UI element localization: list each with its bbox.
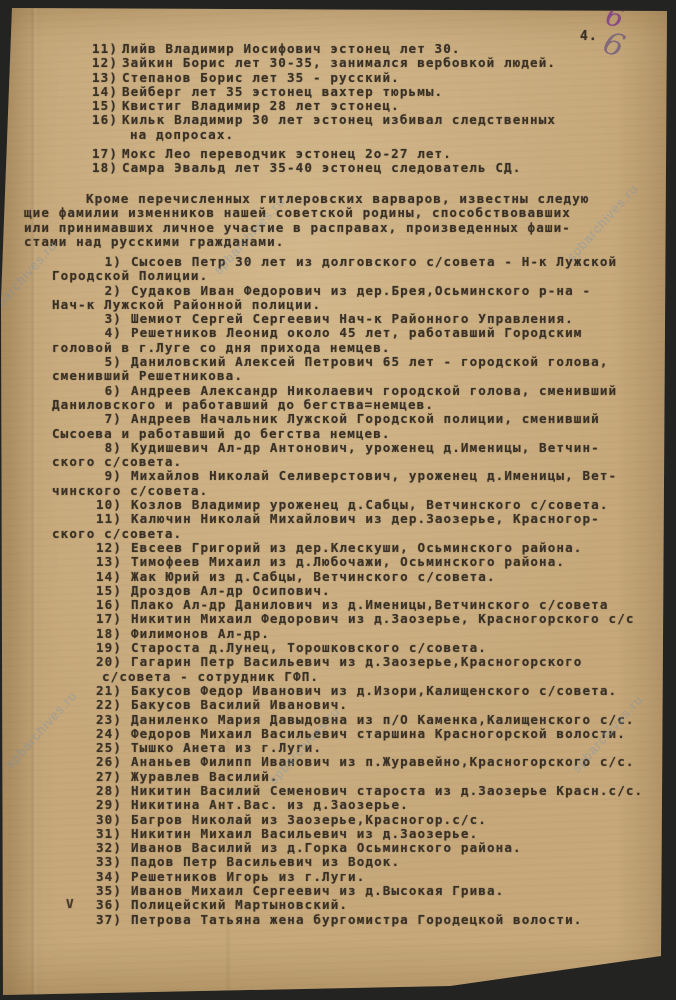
list-item-line: 24)Федоров Михаил Васильевич старшина Кр…	[52, 727, 670, 741]
list-item-line: 16)Кильк Владимир 30 лет эстонец избивал…	[92, 113, 652, 127]
list-item-number: 23)	[94, 713, 122, 727]
list-item: 35)Иванов Михаил Сергеевич из д.Высокая …	[52, 884, 670, 898]
list-item-number: 5)	[94, 355, 122, 369]
list-item-number: 17)	[94, 612, 122, 626]
paragraph-line: стами над русскими гражданами.	[24, 235, 664, 249]
list-item-number: 36)	[94, 898, 122, 912]
list-item-number: 13)	[94, 555, 122, 569]
list-item-line: на допросах.	[92, 128, 652, 142]
list-item-line: ского с/совета.	[52, 455, 670, 469]
list-item: 24)Федоров Михаил Васильевич старшина Кр…	[52, 727, 670, 741]
list-item-line: 11)Калючин Николай Михайлович из дер.Зао…	[52, 512, 670, 526]
list-item-number: 9)	[94, 469, 122, 483]
list-item: 14)Жак Юрий из д.Сабцы, Ветчинского с/со…	[52, 570, 670, 584]
list-item-number: 35)	[94, 884, 122, 898]
list-item-number: 11)	[94, 512, 122, 526]
list-item-number: 12)	[94, 541, 122, 555]
list-item: 31)Никитин Михаил Васильевич из д.Заозер…	[52, 827, 670, 841]
list-item: 19)Староста д.Лунец, Торошковского с/сов…	[52, 641, 670, 655]
list-item-line: 12)Зайкин Борис лет 30-35, занимался вер…	[92, 56, 652, 70]
list-item-number: 4)	[94, 326, 122, 340]
list-item-line: 34)Решетников Игорь из г.Луги.	[52, 870, 670, 884]
list-item-number: 28)	[94, 784, 122, 798]
list-item: 18)Филимонов Ал-др.	[52, 627, 670, 641]
list-item-line: ского с/совета.	[52, 527, 670, 541]
list-item: 23)Даниленко Мария Давыдовна из п/О Каме…	[52, 713, 670, 727]
list-item-number: 19)	[94, 641, 122, 655]
list-item-number: 12)	[92, 56, 122, 70]
list-item-line: 14)Жак Юрий из д.Сабцы, Ветчинского с/со…	[52, 570, 670, 584]
paragraph-line: щие фамилии изменников нашей советской р…	[24, 206, 664, 220]
list-item-number: 14)	[92, 85, 122, 99]
list-item-number: 31)	[94, 827, 122, 841]
list-item-number: 21)	[94, 684, 122, 698]
list-item: 17)Мокс Лео переводчик эстонец 2о-27 лет…	[92, 147, 652, 161]
paragraph-line: или принимавших личное участие в расправ…	[24, 221, 664, 235]
list-item-line: 14)Вейберг лет 35 эстонец вахтер тюрьмы.	[92, 85, 652, 99]
list-item: 13)Степанов Борис лет 35 - русский.	[92, 71, 652, 85]
list-main: 1)Сысоев Петр 30 лет из долговского с/со…	[52, 255, 670, 927]
list-item-number: 24)	[94, 727, 122, 741]
list-item-line: 37)Петрова Татьяна жена бургомистра Горо…	[52, 913, 670, 927]
list-item-number: 10)	[94, 498, 122, 512]
list-item-number: 6)	[94, 384, 122, 398]
list-item: 4)Решетников Леонид около 45 лет, работа…	[52, 326, 670, 355]
list-item-number: 2)	[94, 284, 122, 298]
list-item-number: 18)	[94, 627, 122, 641]
list-item-number: 1)	[94, 255, 122, 269]
list-item-line: Даниловского и работавший до бегства=нем…	[52, 398, 670, 412]
list-item-number: 11)	[92, 42, 122, 56]
list-item-line: 20)Гагарин Петр Васильевич из д.Заозерье…	[52, 655, 670, 669]
list-item-line: головой в г.Луге со дня прихода немцев.	[52, 341, 670, 355]
list-item-line: 16)Плако Ал-др Данилович из д.Именицы,Ве…	[52, 598, 670, 612]
list-item-line: 35)Иванов Михаил Сергеевич из д.Высокая …	[52, 884, 670, 898]
list-item-line: 9)Михайлов Николай Селиверстович, урожен…	[52, 469, 670, 483]
list-item-line: Сысоева и работавший до бегства немцев.	[52, 427, 670, 441]
list-item-number: 18)	[92, 161, 122, 175]
list-item: 33)Падов Петр Васильевич из Водок.	[52, 855, 670, 869]
list-item-number: 25)	[94, 741, 122, 755]
list-item-number: 32)	[94, 841, 122, 855]
list-item-line: чинского с/совета.	[52, 484, 670, 498]
list-item-number: 3)	[94, 312, 122, 326]
list-item-line: 18)Филимонов Ал-др.	[52, 627, 670, 641]
list-item-number: 8)	[94, 441, 122, 455]
list-item-number: 13)	[92, 71, 122, 85]
list-item: 16)Кильк Владимир 30 лет эстонец избивал…	[92, 113, 652, 142]
list-item-line: 7)Андреев Начальник Лужской Городской по…	[52, 412, 670, 426]
list-item-line: 32)Иванов Василий из д.Горка Осьминского…	[52, 841, 670, 855]
list-item: 17)Никитин Михаил Федорович из д.Заозерь…	[52, 612, 670, 626]
list-item: 29)Никитина Ант.Вас. из д.Заозерье.	[52, 798, 670, 812]
list-item-line: Городской Полиции.	[52, 269, 670, 283]
list-item: 9)Михайлов Николай Селиверстович, урожен…	[52, 469, 670, 498]
list-item-number: 17)	[92, 147, 122, 161]
list-item-number: 30)	[94, 813, 122, 827]
list-item: 28)Никитин Василий Семенович староста из…	[52, 784, 670, 798]
list-item-line: 29)Никитина Ант.Вас. из д.Заозерье.	[52, 798, 670, 812]
list-item: 34)Решетников Игорь из г.Луги.	[52, 870, 670, 884]
list-item-line: 8)Кудишевич Ал-др Антонович, уроженец д.…	[52, 441, 670, 455]
list-item-line: 5)Даниловский Алексей Петрович 65 лет - …	[52, 355, 670, 369]
list-item-line: 19)Староста д.Лунец, Торошковского с/сов…	[52, 641, 670, 655]
list-item: 16)Плако Ал-др Данилович из д.Именицы,Ве…	[52, 598, 670, 612]
list-item-line: 13)Степанов Борис лет 35 - русский.	[92, 71, 652, 85]
list-item-line: 36)Полицейский Мартыновский.	[52, 898, 670, 912]
list-item: 6)Андреев Александр Николаевич городской…	[52, 384, 670, 413]
list-item-line: 6)Андреев Александр Николаевич городской…	[52, 384, 670, 398]
list-item-line: 33)Падов Петр Васильевич из Водок.	[52, 855, 670, 869]
list-item-line: 31)Никитин Михаил Васильевич из д.Заозер…	[52, 827, 670, 841]
list-item-line: с/совета - сотрудник ГФП.	[52, 670, 670, 684]
list-item-line: 28)Никитин Василий Семенович староста из…	[52, 784, 670, 798]
list-item-number: 37)	[94, 913, 122, 927]
list-item-line: 22)Бакусов Василий Иванович.	[52, 698, 670, 712]
list-item-line: 30)Багров Николай из Заозерье,Красногор.…	[52, 813, 670, 827]
list-item: 13)Тимофеев Михаил из д.Любочажи, Осьмин…	[52, 555, 670, 569]
document-page: 4. 6 6 11)Лийв Владимир Иосифович эстоне…	[0, 0, 676, 1000]
scan-background: 4. 6 6 11)Лийв Владимир Иосифович эстоне…	[0, 0, 676, 1000]
list-item: 20)Гагарин Петр Васильевич из д.Заозерье…	[52, 655, 670, 684]
paper-crease	[30, 0, 38, 1000]
list-item-line: 10)Козлов Владимир уроженец д.Сабцы, Вет…	[52, 498, 670, 512]
list-item-line: 25)Тышко Анета из г.Луги.	[52, 741, 670, 755]
list-item: 36)Полицейский Мартыновский.V	[52, 898, 670, 912]
list-item: 5)Даниловский Алексей Петрович 65 лет - …	[52, 355, 670, 384]
list-item: 30)Багров Николай из Заозерье,Красногор.…	[52, 813, 670, 827]
list-item: 8)Кудишевич Ал-др Антонович, уроженец д.…	[52, 441, 670, 470]
list-item-number: 16)	[94, 598, 122, 612]
list-item-line: 17)Мокс Лео переводчик эстонец 2о-27 лет…	[92, 147, 652, 161]
list-item-line: 13)Тимофеев Михаил из д.Любочажи, Осьмин…	[52, 555, 670, 569]
list-item-number: 34)	[94, 870, 122, 884]
list-item-line: 4)Решетников Леонид около 45 лет, работа…	[52, 326, 670, 340]
list-item: 18)Самра Эвальд лет 35-40 эстонец следов…	[92, 161, 652, 175]
list-item-line: 15)Дроздов Ал-др Осипович.	[52, 584, 670, 598]
list-item-number: 7)	[94, 412, 122, 426]
list-item-number: 16)	[92, 113, 122, 127]
list-item-line: 23)Даниленко Мария Давыдовна из п/О Каме…	[52, 713, 670, 727]
list-item-number: 27)	[94, 770, 122, 784]
handwritten-checkmark: V	[66, 897, 75, 911]
list-item: 10)Козлов Владимир уроженец д.Сабцы, Вет…	[52, 498, 670, 512]
list-item-number: 33)	[94, 855, 122, 869]
list-item: 7)Андреев Начальник Лужской Городской по…	[52, 412, 670, 441]
list-top: 11)Лийв Владимир Иосифович эстонец лет 3…	[92, 42, 652, 176]
list-item-line: 21)Бакусов Федор Иванович из д.Изори,Кал…	[52, 684, 670, 698]
list-item: 21)Бакусов Федор Иванович из д.Изори,Кал…	[52, 684, 670, 698]
list-item: 12)Зайкин Борис лет 30-35, занимался вер…	[92, 56, 652, 70]
list-item: 2)Судаков Иван Федорович из дер.Брея,Ось…	[52, 284, 670, 313]
list-item: 25)Тышко Анета из г.Луги.	[52, 741, 670, 755]
list-item-line: сменивший Решетникова.	[52, 369, 670, 383]
list-item: 11)Калючин Николай Михайлович из дер.Зао…	[52, 512, 670, 541]
list-item-number: 29)	[94, 798, 122, 812]
list-item-number: 15)	[94, 584, 122, 598]
list-item-number: 15)	[92, 99, 122, 113]
list-item-line: Нач-к Лужской Районной полиции.	[52, 298, 670, 312]
list-item: 14)Вейберг лет 35 эстонец вахтер тюрьмы.	[92, 85, 652, 99]
list-item-number: 14)	[94, 570, 122, 584]
list-item: 37)Петрова Татьяна жена бургомистра Горо…	[52, 913, 670, 927]
list-item-number: 22)	[94, 698, 122, 712]
list-item-line: 2)Судаков Иван Федорович из дер.Брея,Ось…	[52, 284, 670, 298]
intro-paragraph: Кроме перечисленных гитлеровских варваро…	[24, 192, 664, 249]
list-item: 15)Дроздов Ал-др Осипович.	[52, 584, 670, 598]
list-item-number: 26)	[94, 755, 122, 769]
list-item: 32)Иванов Василий из д.Горка Осьминского…	[52, 841, 670, 855]
list-item-line: 18)Самра Эвальд лет 35-40 эстонец следов…	[92, 161, 652, 175]
list-item: 22)Бакусов Василий Иванович.	[52, 698, 670, 712]
list-item-line: 17)Никитин Михаил Федорович из д.Заозерь…	[52, 612, 670, 626]
list-item-number: 20)	[94, 655, 122, 669]
